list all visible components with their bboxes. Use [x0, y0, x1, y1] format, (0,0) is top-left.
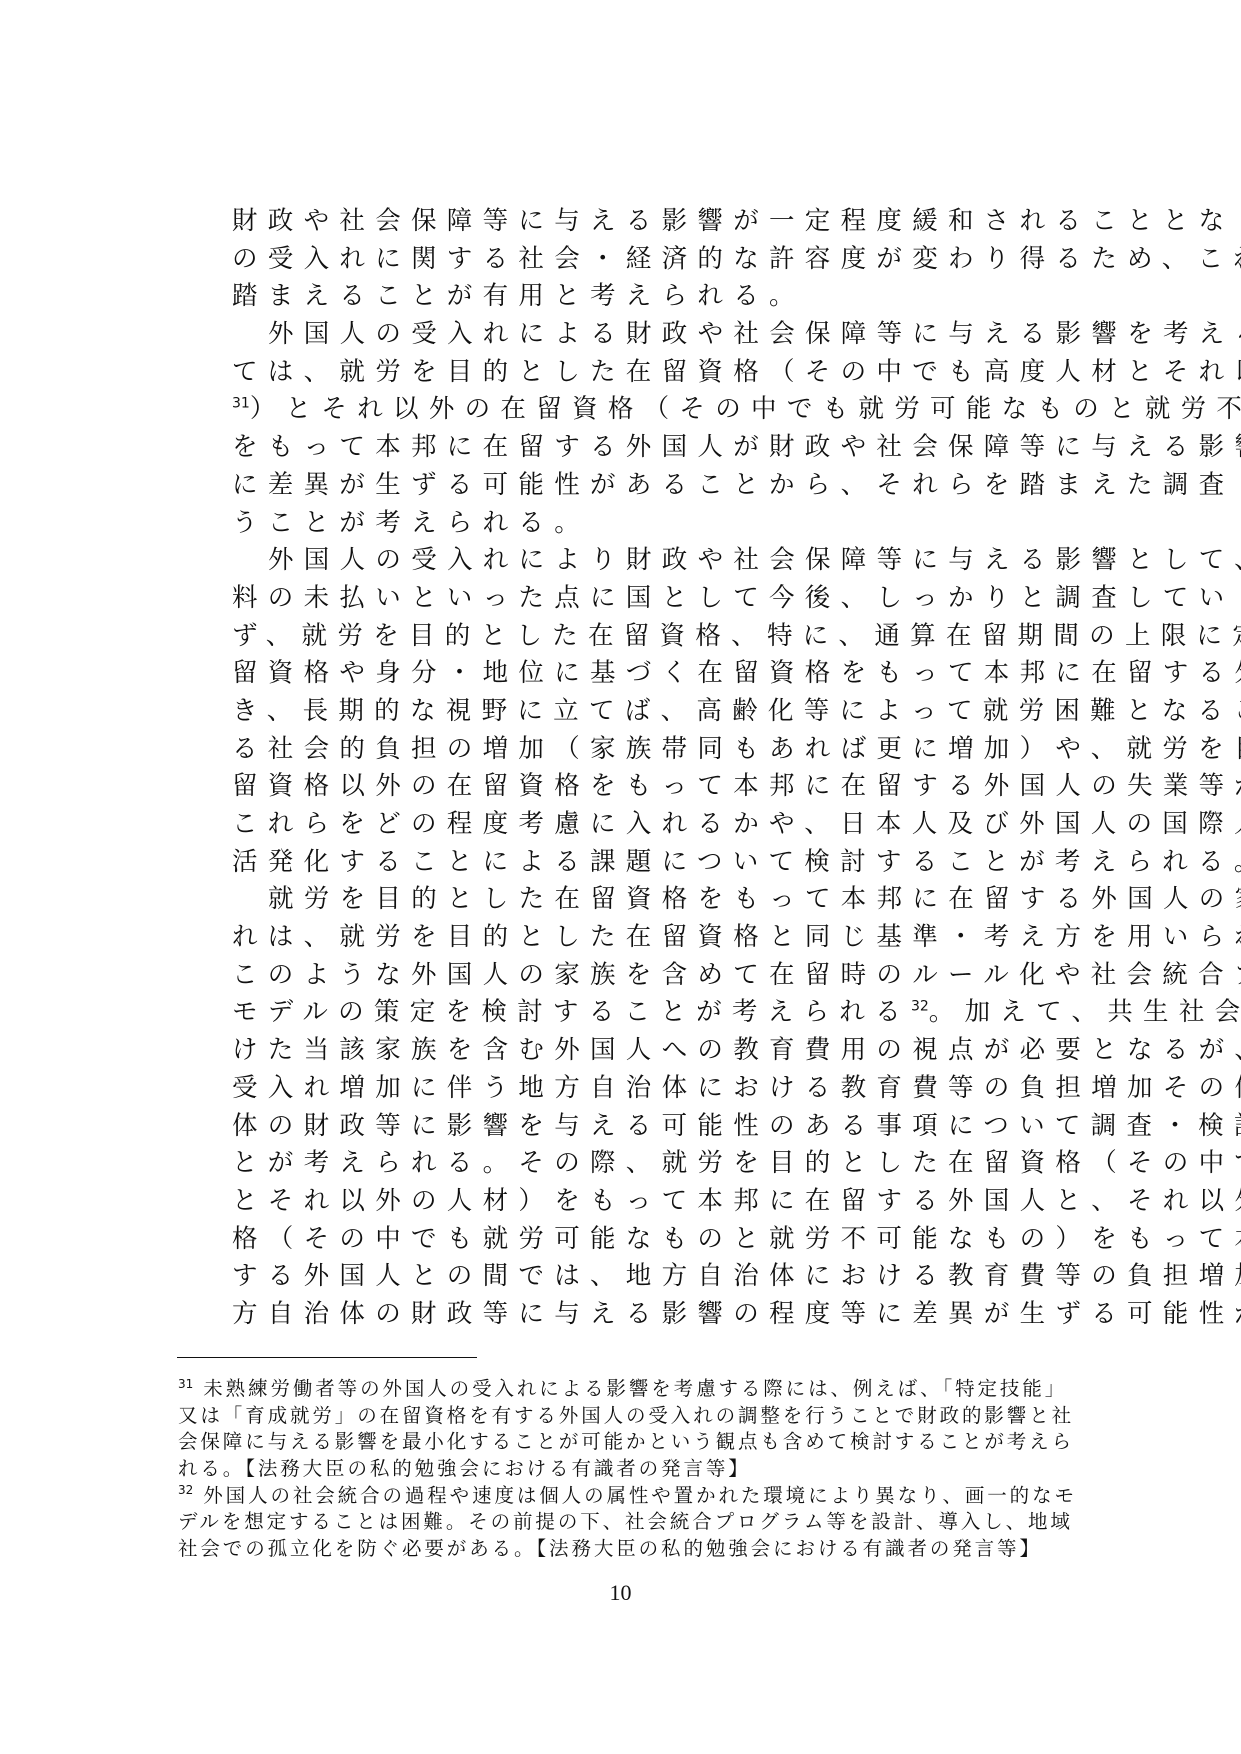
body-line-text: ず、就労を目的とした在留資格、特に、通算在留期間の上限に定めのない在: [232, 621, 1241, 651]
body-line-text: 外国人の受入れにより財政や社会保障等に与える影響として、社会保険: [268, 545, 1241, 575]
body-line: とが考えられる。その際、就労を目的とした在留資格（その中でも高度人材: [232, 1145, 1072, 1183]
body-line-text: 料の未払いといった点に国として今後、しっかりと調査していくのみなら: [232, 583, 1241, 613]
body-line-text: とそれ以外の人材）をもって本邦に在留する外国人と、それ以外の在留資: [232, 1186, 1241, 1216]
body-line-text: とが考えられる。その際、就労を目的とした在留資格（その中でも高度人材: [232, 1148, 1241, 1178]
body-line-text: うことが考えられる。: [232, 508, 590, 538]
body-line-text: 方自治体の財政等に与える影響の程度等に差異が生ずる可能性があるとも: [232, 1299, 1241, 1329]
body-line-text: 格（その中でも就労可能なものと就労不可能なもの）をもって本邦に在留: [232, 1224, 1241, 1254]
body-line: 外国人の受入れによる財政や社会保障等に与える影響を考えるに当たっ: [232, 316, 1072, 354]
footnote-ref-31[interactable]: 31: [232, 396, 250, 412]
body-line: これらをどの程度考慮に入れるかや、日本人及び外国人の国際人口移動が: [232, 806, 1072, 844]
footnote-text: 又は「育成就労」の在留資格を有する外国人の受入れの調整を行うことで財政的影響と社: [178, 1404, 1074, 1427]
footnote-line: 社会での孤立化を防ぐ必要がある。【法務大臣の私的勉強会における有識者の発言等】: [178, 1536, 1058, 1563]
body-line: 体の財政等に影響を与える可能性のある事項について調査・検討を行うこ: [232, 1108, 1072, 1146]
body-line: に差異が生ずる可能性があることから、それらを踏まえた調査・検討を行: [232, 467, 1072, 505]
body-line: 留資格や身分・地位に基づく在留資格をもって本邦に在留する外国人につ: [232, 655, 1072, 693]
body-line-text: このような外国人の家族を含めて在留時のルール化や社会統合プロセスの: [232, 960, 1241, 990]
body-line-text: 踏まえることが有用と考えられる。: [232, 281, 805, 311]
footnote-number: 31: [178, 1377, 193, 1391]
body-line-text: 外国人の受入れによる財政や社会保障等に与える影響を考えるに当たっ: [268, 319, 1241, 349]
body-line: とそれ以外の人材）をもって本邦に在留する外国人と、それ以外の在留資: [232, 1183, 1072, 1221]
body-line: このような外国人の家族を含めて在留時のルール化や社会統合プロセスの: [232, 957, 1072, 995]
body-line-text: き、長期的な視野に立てば、高齢化等によって就労困難となること等によ: [232, 696, 1241, 726]
footnote-text: デルを想定することは困難。その前提の下、社会統合プログラム等を設計、導入し、地域: [178, 1510, 1073, 1533]
footnote-separator: [177, 1357, 477, 1358]
body-line-text: する外国人との間では、地方自治体における教育費等の負担増加その他地: [232, 1261, 1241, 1291]
document-page: 財政や社会保障等に与える影響が一定程度緩和されることとなり、外国人の受入れに関す…: [0, 0, 1241, 1754]
footnote-text: れる。【法務大臣の私的勉強会における有識者の発言等】: [178, 1457, 751, 1480]
footnote-number: 32: [178, 1483, 193, 1497]
body-line-text: これらをどの程度考慮に入れるかや、日本人及び外国人の国際人口移動が: [232, 809, 1241, 839]
body-line: 方自治体の財政等に与える影響の程度等に差異が生ずる可能性があるとも: [232, 1296, 1072, 1334]
body-line-text: 留資格や身分・地位に基づく在留資格をもって本邦に在留する外国人につ: [232, 658, 1241, 688]
body-line: る社会的負担の増加（家族帯同もあれば更に増加）や、就労を目的とした在: [232, 731, 1072, 769]
footnotes: 31未熟練労働者等の外国人の受入れによる影響を考慮する際には、例えば、「特定技能…: [178, 1376, 1058, 1563]
body-line-text: 体の財政等に影響を与える可能性のある事項について調査・検討を行うこ: [232, 1111, 1241, 1141]
body-line: 料の未払いといった点に国として今後、しっかりと調査していくのみなら: [232, 580, 1072, 618]
body-line-text: をもって本邦に在留する外国人が財政や社会保障等に与える影響の程度等: [232, 432, 1241, 462]
footnote-text: 外国人の社会統合の過程や速度は個人の属性や置かれた環境により異なり、画一的なモ: [203, 1484, 1077, 1507]
body-line: をもって本邦に在留する外国人が財政や社会保障等に与える影響の程度等: [232, 429, 1072, 467]
footnote-ref-32[interactable]: 32: [911, 999, 929, 1015]
body-line: 財政や社会保障等に与える影響が一定程度緩和されることとなり、外国人: [232, 203, 1072, 241]
body-line-text: の受入れに関する社会・経済的な許容度が変わり得るため、これらの点も: [232, 244, 1241, 274]
body-line: する外国人との間では、地方自治体における教育費等の負担増加その他地: [232, 1258, 1072, 1296]
body-line-text: る社会的負担の増加（家族帯同もあれば更に増加）や、就労を目的とした在: [232, 734, 1241, 764]
body-line-text: 受入れ増加に伴う地方自治体における教育費等の負担増加その他地方自治: [232, 1073, 1241, 1103]
body-line: 外国人の受入れにより財政や社会保障等に与える影響として、社会保険: [232, 542, 1072, 580]
body-line-text: けた当該家族を含む外国人への教育費用の視点が必要となるが、外国人の: [232, 1035, 1241, 1065]
body-line-text: ）とそれ以外の在留資格（その中でも就労可能なものと就労不可能なもの）: [250, 394, 1241, 424]
body-line-text: れは、就労を目的とした在留資格と同じ基準・考え方を用いられないため、: [232, 922, 1241, 952]
body-text: 財政や社会保障等に与える影響が一定程度緩和されることとなり、外国人の受入れに関す…: [232, 203, 1072, 1334]
body-line: 留資格以外の在留資格をもって本邦に在留する外国人の失業等が考えられ、: [232, 768, 1072, 806]
body-line: モデルの策定を検討することが考えられる32。加えて、共生社会の実現に向: [232, 994, 1072, 1032]
body-line: 活発化することによる課題について検討することが考えられる。: [232, 844, 1072, 882]
body-line-text: 活発化することによる課題について検討することが考えられる。: [232, 847, 1241, 877]
body-line: 踏まえることが有用と考えられる。: [232, 278, 1072, 316]
body-line: 就労を目的とした在留資格をもって本邦に在留する外国人の家族の受入: [232, 881, 1072, 919]
body-line: 受入れ増加に伴う地方自治体における教育費等の負担増加その他地方自治: [232, 1070, 1072, 1108]
body-line-text: に差異が生ずる可能性があることから、それらを踏まえた調査・検討を行: [232, 470, 1241, 500]
body-line: ては、就労を目的とした在留資格（その中でも高度人材とそれ以外の人材: [232, 354, 1072, 392]
footnote-text: 会保障に与える影響を最小化することが可能かという観点も含めて検討することが考えら: [178, 1430, 1074, 1453]
body-line: 31）とそれ以外の在留資格（その中でも就労可能なものと就労不可能なもの）: [232, 391, 1072, 429]
footnote-line: れる。【法務大臣の私的勉強会における有識者の発言等】: [178, 1456, 1058, 1483]
page-number: 10: [0, 1580, 1241, 1606]
body-line-text: ては、就労を目的とした在留資格（その中でも高度人材とそれ以外の人材: [232, 357, 1241, 387]
body-line-text: 留資格以外の在留資格をもって本邦に在留する外国人の失業等が考えられ、: [232, 771, 1241, 801]
body-line: れは、就労を目的とした在留資格と同じ基準・考え方を用いられないため、: [232, 919, 1072, 957]
footnote-text: 社会での孤立化を防ぐ必要がある。【法務大臣の私的勉強会における有識者の発言等】: [178, 1537, 1042, 1560]
body-line: き、長期的な視野に立てば、高齢化等によって就労困難となること等によ: [232, 693, 1072, 731]
body-line-text: 就労を目的とした在留資格をもって本邦に在留する外国人の家族の受入: [268, 884, 1241, 914]
body-line: うことが考えられる。: [232, 505, 1072, 543]
footnote-line: デルを想定することは困難。その前提の下、社会統合プログラム等を設計、導入し、地域: [178, 1509, 1058, 1536]
footnote-line: 会保障に与える影響を最小化することが可能かという観点も含めて検討することが考えら: [178, 1429, 1058, 1456]
body-line-text: 。加えて、共生社会の実現に向: [929, 997, 1241, 1027]
footnote-line: 31未熟練労働者等の外国人の受入れによる影響を考慮する際には、例えば、「特定技能…: [178, 1376, 1058, 1403]
body-line-text: 財政や社会保障等に与える影響が一定程度緩和されることとなり、外国人: [232, 206, 1241, 236]
body-line: けた当該家族を含む外国人への教育費用の視点が必要となるが、外国人の: [232, 1032, 1072, 1070]
body-line: ず、就労を目的とした在留資格、特に、通算在留期間の上限に定めのない在: [232, 618, 1072, 656]
footnote-line: 32外国人の社会統合の過程や速度は個人の属性や置かれた環境により異なり、画一的な…: [178, 1483, 1058, 1510]
body-line: 格（その中でも就労可能なものと就労不可能なもの）をもって本邦に在留: [232, 1221, 1072, 1259]
body-line-text: モデルの策定を検討することが考えられる: [232, 997, 911, 1027]
footnote-text: 未熟練労働者等の外国人の受入れによる影響を考慮する際には、例えば、「特定技能」: [203, 1377, 1067, 1400]
body-line: の受入れに関する社会・経済的な許容度が変わり得るため、これらの点も: [232, 241, 1072, 279]
footnote-line: 又は「育成就労」の在留資格を有する外国人の受入れの調整を行うことで財政的影響と社: [178, 1403, 1058, 1430]
